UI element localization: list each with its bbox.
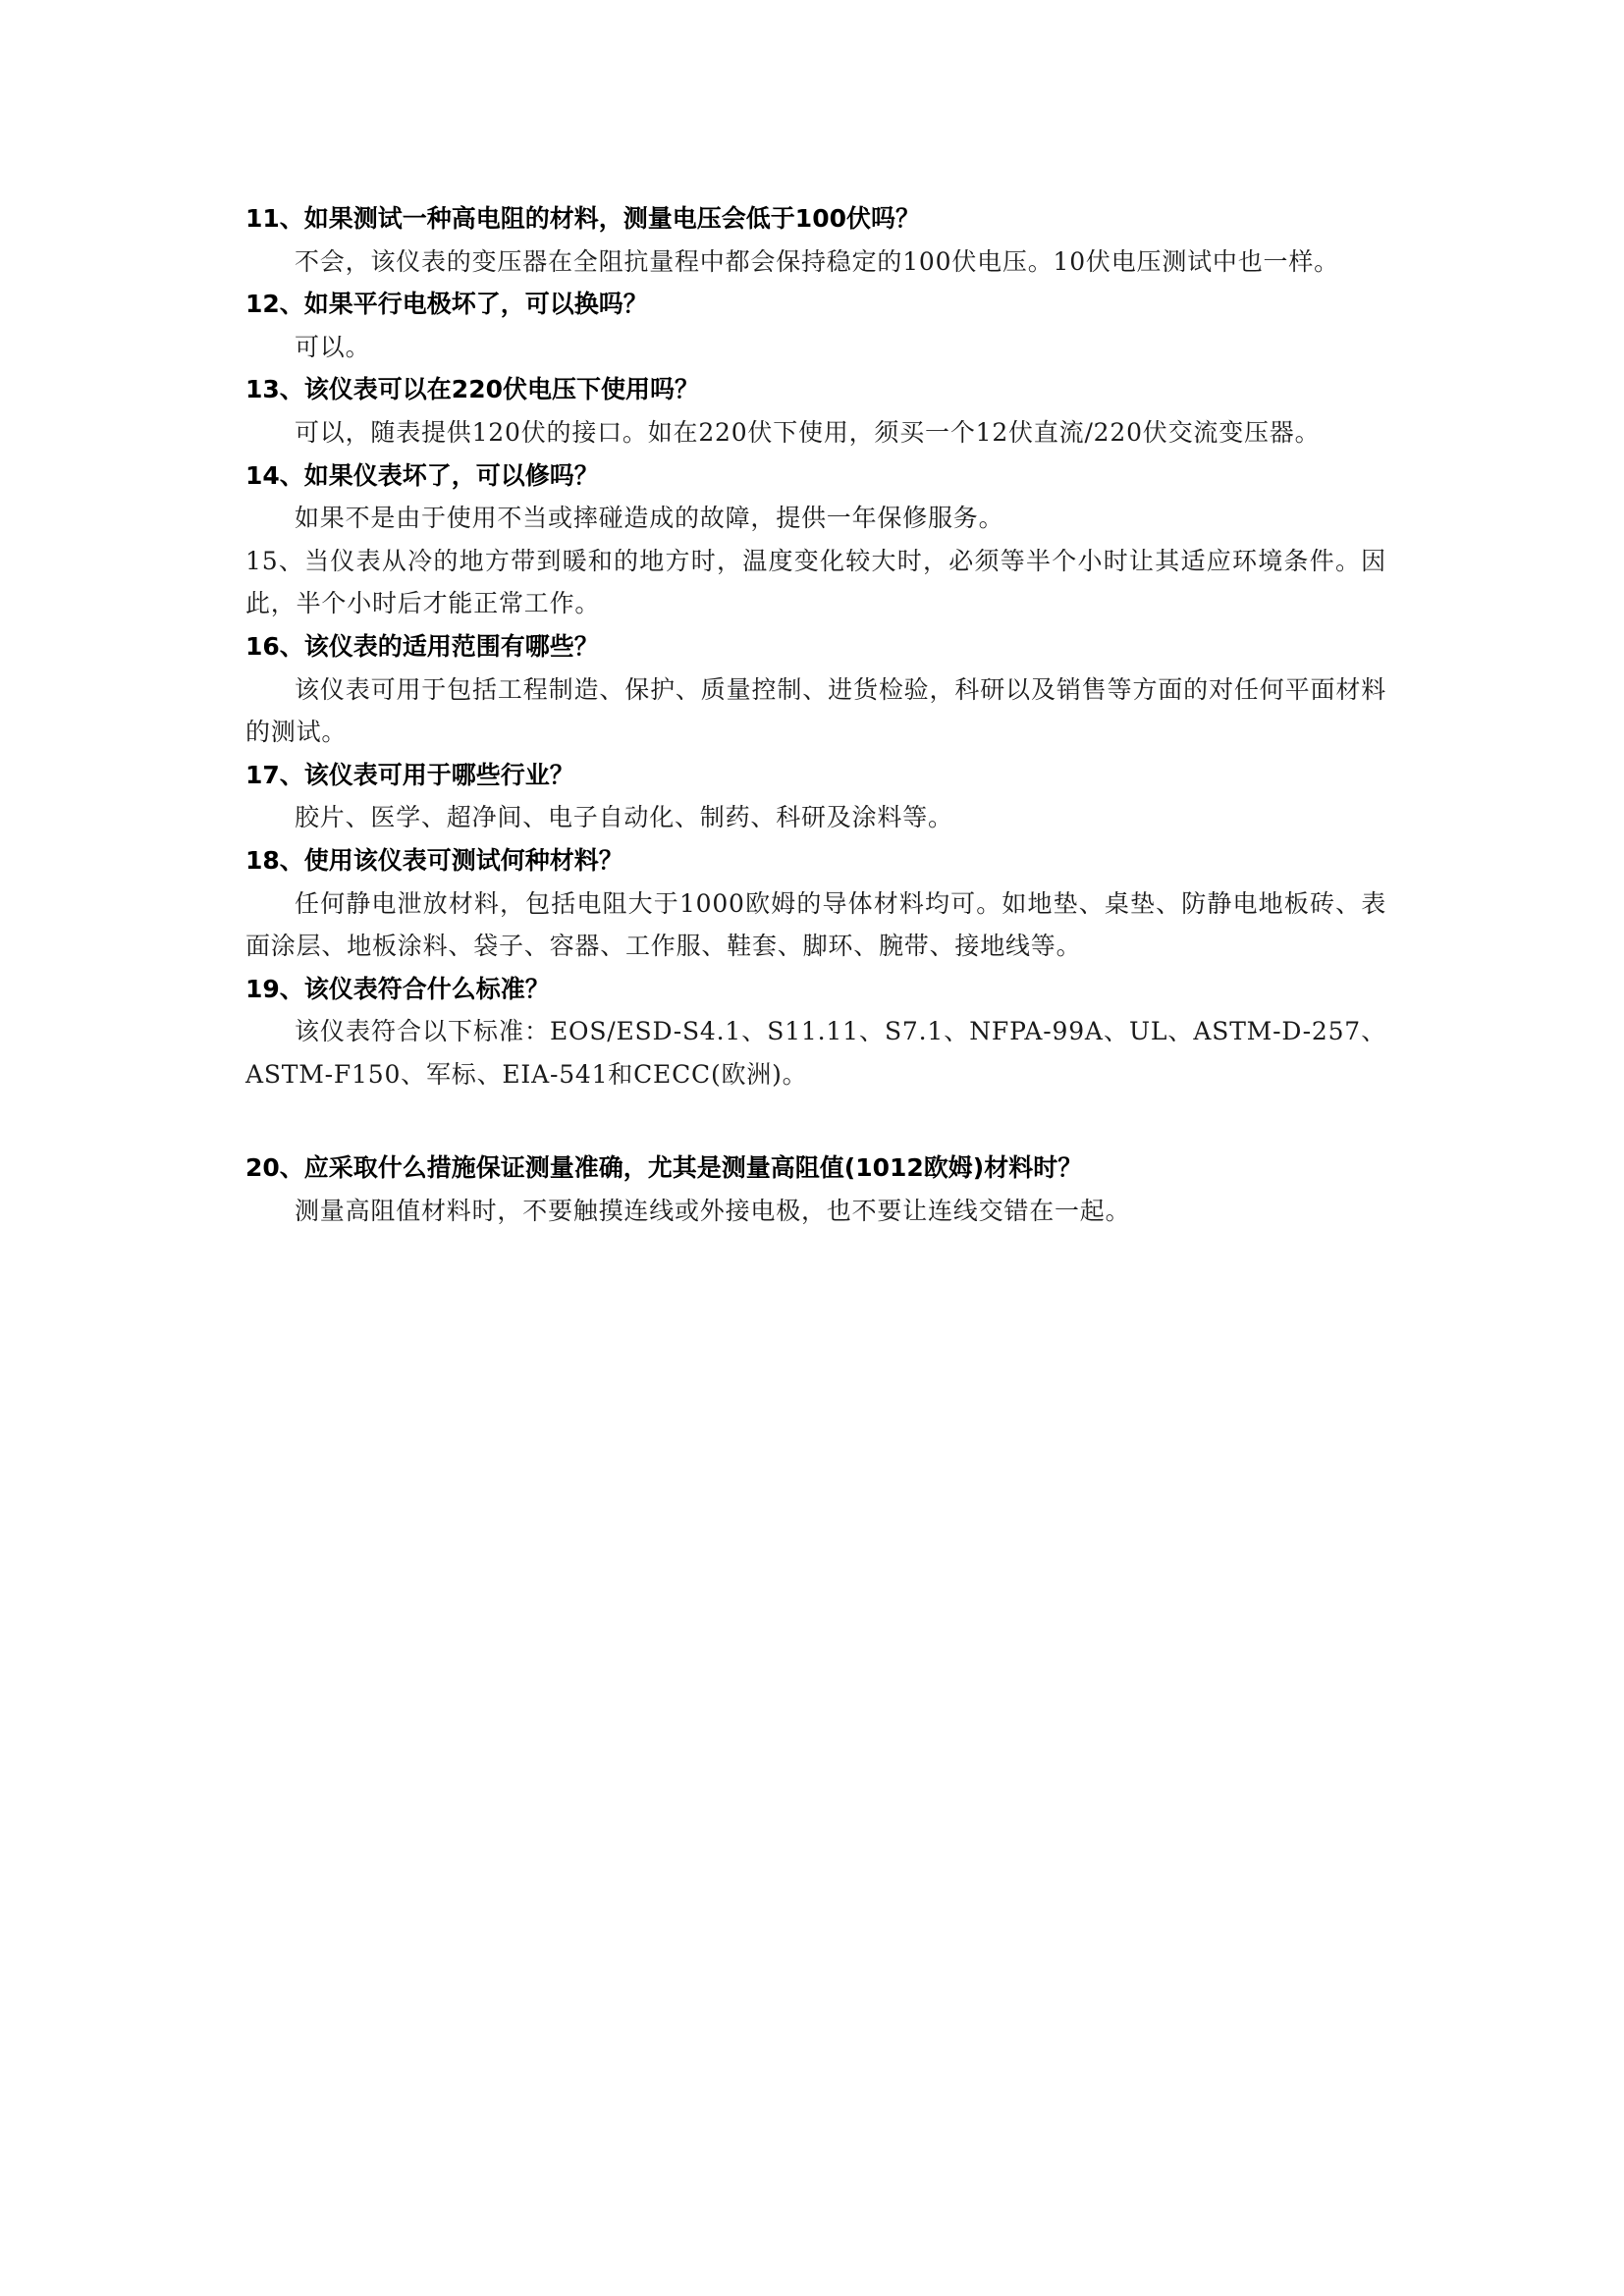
question-number: 17、 xyxy=(245,761,304,789)
question-text: 该仪表可以在220伏电压下使用吗？ xyxy=(304,375,699,403)
faq-item-13: 13、该仪表可以在220伏电压下使用吗？ 可以，随表提供120伏的接口。如在22… xyxy=(245,368,1386,454)
question-heading: 19、该仪表符合什么标准？ xyxy=(245,968,1386,1011)
faq-item-14: 14、如果仪表坏了，可以修吗？ 如果不是由于使用不当或摔碰造成的故障，提供一年保… xyxy=(245,454,1386,540)
statement-text: 15、当仪表从冷的地方带到暖和的地方时，温度变化较大时，必须等半个小时让其适应环… xyxy=(245,540,1386,625)
answer-text: 该仪表可用于包括工程制造、保护、质量控制、进货检验，科研以及销售等方面的对任何平… xyxy=(245,668,1386,754)
question-heading: 17、该仪表可用于哪些行业？ xyxy=(245,754,1386,797)
faq-item-16: 16、该仪表的适用范围有哪些？ 该仪表可用于包括工程制造、保护、质量控制、进货检… xyxy=(245,625,1386,754)
answer-text: 可以，随表提供120伏的接口。如在220伏下使用，须买一个12伏直流/220伏交… xyxy=(245,411,1386,454)
faq-item-12: 12、如果平行电极坏了，可以换吗？ 可以。 xyxy=(245,283,1386,368)
answer-text: 该仪表符合以下标准：EOS/ESD-S4.1、S11.11、S7.1、NFPA-… xyxy=(245,1010,1386,1095)
faq-item-20: 20、应采取什么措施保证测量准确，尤其是测量高阻值(1012欧姆)材料时？ 测量… xyxy=(245,1147,1386,1232)
question-text: 应采取什么措施保证测量准确，尤其是测量高阻值(1012欧姆)材料时？ xyxy=(304,1153,1082,1182)
question-text: 该仪表的适用范围有哪些？ xyxy=(304,632,599,661)
question-heading: 12、如果平行电极坏了，可以换吗？ xyxy=(245,283,1386,326)
faq-item-11: 11、如果测试一种高电阻的材料，测量电压会低于100伏吗？ 不会，该仪表的变压器… xyxy=(245,197,1386,283)
question-heading: 18、使用该仪表可测试何种材料？ xyxy=(245,839,1386,882)
faq-item-17: 17、该仪表可用于哪些行业？ 胶片、医学、超净间、电子自动化、制药、科研及涂料等… xyxy=(245,754,1386,839)
blank-line xyxy=(245,1095,1386,1147)
question-text: 该仪表符合什么标准？ xyxy=(304,975,550,1003)
faq-item-19: 19、该仪表符合什么标准？ 该仪表符合以下标准：EOS/ESD-S4.1、S11… xyxy=(245,968,1386,1096)
question-number: 14、 xyxy=(245,461,304,490)
question-number: 20、 xyxy=(245,1153,304,1182)
question-text: 如果测试一种高电阻的材料，测量电压会低于100伏吗？ xyxy=(304,204,920,233)
question-heading: 20、应采取什么措施保证测量准确，尤其是测量高阻值(1012欧姆)材料时？ xyxy=(245,1147,1386,1190)
question-text: 如果平行电极坏了，可以换吗？ xyxy=(304,290,648,318)
question-number: 13、 xyxy=(245,375,304,403)
answer-text: 可以。 xyxy=(245,326,1386,369)
question-text: 如果仪表坏了，可以修吗？ xyxy=(304,461,599,490)
faq-item-18: 18、使用该仪表可测试何种材料？ 任何静电泄放材料，包括电阻大于1000欧姆的导… xyxy=(245,839,1386,968)
document-page: 11、如果测试一种高电阻的材料，测量电压会低于100伏吗？ 不会，该仪表的变压器… xyxy=(245,197,1386,1233)
answer-text: 不会，该仪表的变压器在全阻抗量程中都会保持稳定的100伏电压。10伏电压测试中也… xyxy=(245,240,1386,284)
question-number: 18、 xyxy=(245,846,304,875)
question-heading: 16、该仪表的适用范围有哪些？ xyxy=(245,625,1386,668)
faq-item-15: 15、当仪表从冷的地方带到暖和的地方时，温度变化较大时，必须等半个小时让其适应环… xyxy=(245,540,1386,625)
question-number: 12、 xyxy=(245,290,304,318)
answer-text: 测量高阻值材料时，不要触摸连线或外接电极，也不要让连线交错在一起。 xyxy=(245,1190,1386,1233)
question-number: 16、 xyxy=(245,632,304,661)
question-text: 该仪表可用于哪些行业？ xyxy=(304,761,574,789)
answer-text: 如果不是由于使用不当或摔碰造成的故障，提供一年保修服务。 xyxy=(245,497,1386,540)
answer-text: 任何静电泄放材料，包括电阻大于1000欧姆的导体材料均可。如地垫、桌垫、防静电地… xyxy=(245,882,1386,968)
answer-text: 胶片、医学、超净间、电子自动化、制药、科研及涂料等。 xyxy=(245,796,1386,839)
question-heading: 14、如果仪表坏了，可以修吗？ xyxy=(245,454,1386,498)
question-heading: 13、该仪表可以在220伏电压下使用吗？ xyxy=(245,368,1386,411)
question-number: 11、 xyxy=(245,204,304,233)
question-number: 19、 xyxy=(245,975,304,1003)
question-heading: 11、如果测试一种高电阻的材料，测量电压会低于100伏吗？ xyxy=(245,197,1386,240)
question-text: 使用该仪表可测试何种材料？ xyxy=(304,846,623,875)
